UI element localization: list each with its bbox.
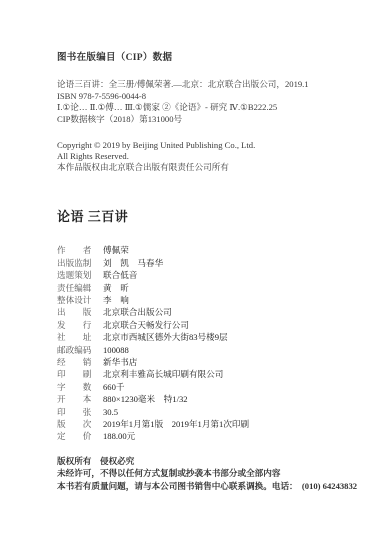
colophon-row-label: 责任编辑: [57, 282, 95, 294]
book-copyright-page: 图书在版编目（CIP）数据 论语三百讲：全三册/傅佩荣著.—北京：北京联合出版公…: [0, 0, 375, 543]
colophon-row-label: 出版监制: [57, 257, 95, 269]
copyright-statement: Copyright © 2019 by Beijing United Publi…: [57, 140, 345, 173]
colophon-row-label: 整体设计: [57, 294, 95, 306]
copyright-line: 本作品版权由北京联合出版有限责任公司所有: [57, 162, 345, 173]
colophon-row: 邮政编码100088: [57, 344, 345, 356]
colophon-row-label: 选题策划: [57, 269, 95, 281]
colophon-row-label: 作 者: [57, 244, 95, 256]
legal-notice: 版权所有 侵权必究未经许可，不得以任何方式复制或抄袭本书部分或全部内容本书若有质…: [57, 455, 345, 492]
colophon-row-label: 定 价: [57, 430, 95, 442]
colophon-row-label: 开 本: [57, 393, 95, 405]
colophon-row-value: 2019年1月第1版 2019年1月第1次印刷: [103, 418, 249, 430]
colophon-row-value: 北京联合出版公司: [103, 306, 172, 318]
colophon-row-label: 出 版: [57, 306, 95, 318]
colophon-row: 出 版北京联合出版公司: [57, 306, 345, 318]
colophon-row: 定 价188.00元: [57, 430, 345, 442]
colophon-row-label: 印 刷: [57, 368, 95, 380]
colophon-row: 整体设计李 响: [57, 294, 345, 306]
cip-record: 论语三百讲：全三册/傅佩荣著.—北京：北京联合出版公司，2019.1ISBN 9…: [57, 79, 345, 125]
colophon-row-value: 新华书店: [103, 356, 137, 368]
colophon-row-value: 刘 凯 马春华: [103, 257, 163, 269]
colophon-row: 出版监制刘 凯 马春华: [57, 257, 345, 269]
colophon-row: 印 张30.5: [57, 406, 345, 418]
notice-line: 版权所有 侵权必究: [57, 455, 345, 467]
copyright-line: All Rights Reserved.: [57, 151, 345, 162]
cip-record-line: CIP数据核字（2018）第131000号: [57, 114, 345, 126]
colophon-row: 经 销新华书店: [57, 356, 345, 368]
colophon-row-value: 北京联合天畅发行公司: [103, 319, 189, 331]
colophon-row-value: 李 响: [103, 294, 129, 306]
colophon-row: 责任编辑黄 昕: [57, 282, 345, 294]
colophon-row-label: 字 数: [57, 381, 95, 393]
colophon-row-label: 版 次: [57, 418, 95, 430]
colophon-row-value: 黄 昕: [103, 282, 129, 294]
colophon-row-value: 北京市西城区德外大街83号楼9层: [103, 331, 228, 343]
colophon-row-value: 660千: [103, 381, 125, 393]
colophon-row: 印 刷北京利丰雅高长城印刷有限公司: [57, 368, 345, 380]
colophon-row: 字 数660千: [57, 381, 345, 393]
colophon-row: 选题策划联合低音: [57, 269, 345, 281]
colophon-row-label: 经 销: [57, 356, 95, 368]
colophon-row-label: 印 张: [57, 406, 95, 418]
colophon-row: 发 行北京联合天畅发行公司: [57, 319, 345, 331]
colophon-row-label: 社 址: [57, 331, 95, 343]
copyright-line: Copyright © 2019 by Beijing United Publi…: [57, 140, 345, 151]
cip-record-line: ISBN 978-7-5596-0044-8: [57, 91, 345, 103]
cip-record-line: Ⅰ.①论… Ⅱ.①傅… Ⅲ.①儒家 ②《论语》- 研究 Ⅳ.①B222.25: [57, 102, 345, 114]
colophon-row-value: 傅佩荣: [103, 244, 129, 256]
colophon-row-value: 188.00元: [103, 430, 135, 442]
colophon-row-label: 邮政编码: [57, 344, 95, 356]
colophon-row: 开 本880×1230毫米 特1/32: [57, 393, 345, 405]
colophon-row: 版 次2019年1月第1版 2019年1月第1次印刷: [57, 418, 345, 430]
colophon-row-value: 联合低音: [103, 269, 137, 281]
colophon-row: 作 者傅佩荣: [57, 244, 345, 256]
book-title: 论语 三百讲: [57, 206, 345, 225]
cip-record-line: 论语三百讲：全三册/傅佩荣著.—北京：北京联合出版公司，2019.1: [57, 79, 345, 91]
notice-line: 本书若有质量问题，请与本公司图书销售中心联系调换。电话： (010) 64243…: [57, 480, 345, 492]
colophon-row: 社 址北京市西城区德外大街83号楼9层: [57, 331, 345, 343]
cip-heading: 图书在版编目（CIP）数据: [57, 49, 345, 63]
colophon-list: 作 者傅佩荣出版监制刘 凯 马春华选题策划联合低音责任编辑黄 昕整体设计李 响出…: [57, 244, 345, 443]
colophon-row-value: 北京利丰雅高长城印刷有限公司: [103, 368, 223, 380]
colophon-row-value: 880×1230毫米 特1/32: [103, 393, 188, 405]
colophon-row-label: 发 行: [57, 319, 95, 331]
colophon-row-value: 100088: [103, 344, 129, 356]
notice-line: 未经许可，不得以任何方式复制或抄袭本书部分或全部内容: [57, 467, 345, 479]
colophon-row-value: 30.5: [103, 406, 118, 418]
